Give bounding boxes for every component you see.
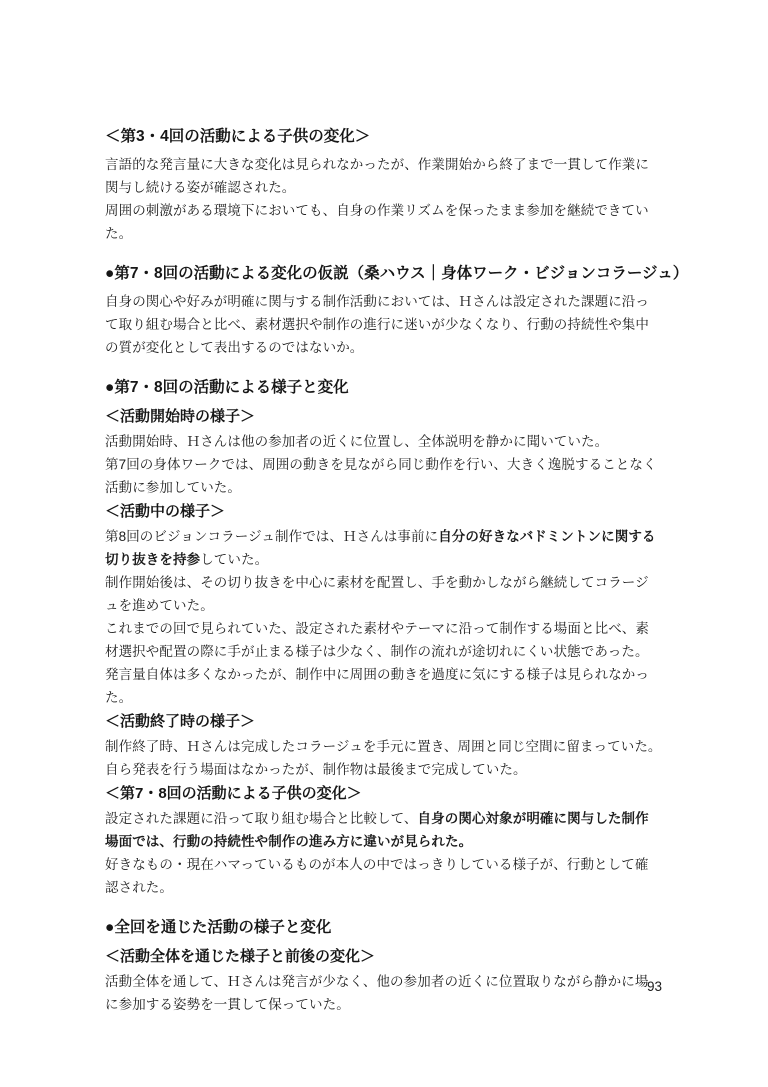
section-all-rounds-summary: ●全回を通じた活動の様子と変化 ＜活動全体を通じた様子と前後の変化＞ 活動全体を…	[105, 915, 662, 1016]
paragraph: 周囲の刺激がある環境下においても、自身の作業リズムを保ったまま参加を継続できてい…	[105, 199, 662, 245]
paragraph: 自身の関心や好みが明確に関与する制作活動においては、Ｈさんは設定された課題に沿っ…	[105, 290, 662, 359]
paragraph: これまでの回で見られていた、設定された素材やテーマに沿って制作する場面と比べ、素…	[105, 617, 662, 663]
section-heading: ●全回を通じた活動の様子と変化	[105, 915, 662, 941]
paragraph: 制作開始後は、その切り抜きを中心に素材を配置し、手を動かしながら継続してコラージ…	[105, 571, 662, 617]
subsection-heading-activity-end: ＜活動終了時の様子＞	[105, 709, 662, 735]
paragraph: 発言量自体は多くなかったが、制作中に周囲の動きを過度に気にする様子は見られなかっ…	[105, 663, 662, 709]
text-run: 設定された課題に沿って取り組む場合と比較して、	[105, 811, 418, 826]
paragraph: 制作終了時、Ｈさんは完成したコラージュを手元に置き、周囲と同じ空間に留まっていた…	[105, 735, 662, 758]
subsection-heading-overall-change: ＜活動全体を通じた様子と前後の変化＞	[105, 944, 662, 970]
section-heading: ＜第3・4回の活動による子供の変化＞	[105, 124, 662, 150]
document-page: ＜第3・4回の活動による子供の変化＞ 言語的な発言量に大きな変化は見られなかった…	[0, 0, 768, 1087]
section-heading: ●第7・8回の活動による様子と変化	[105, 375, 662, 401]
paragraph: 第8回のビジョンコラージュ制作では、Ｈさんは事前に自分の好きなバドミントンに関す…	[105, 525, 662, 571]
paragraph: 活動開始時、Ｈさんは他の参加者の近くに位置し、全体説明を静かに聞いていた。	[105, 430, 662, 453]
section-heading: ●第7・8回の活動による変化の仮説（桑ハウス｜身体ワーク・ビジョンコラージュ）	[105, 261, 662, 287]
text-run: していた。	[200, 552, 268, 567]
text-run: 第8回のビジョンコラージュ制作では、Ｈさんは事前に	[105, 529, 438, 544]
subsection-heading-activity-during: ＜活動中の様子＞	[105, 499, 662, 525]
section-round78-hypothesis: ●第7・8回の活動による変化の仮説（桑ハウス｜身体ワーク・ビジョンコラージュ） …	[105, 261, 662, 359]
subsection-heading-child-change: ＜第7・8回の活動による子供の変化＞	[105, 781, 662, 807]
paragraph: 好きなもの・現在ハマっているものが本人の中ではっきりしている様子が、行動として確…	[105, 853, 662, 899]
paragraph: 言語的な発言量に大きな変化は見られなかったが、作業開始から終了まで一貫して作業に…	[105, 153, 662, 199]
subsection-heading-activity-start: ＜活動開始時の様子＞	[105, 404, 662, 430]
content-area: ＜第3・4回の活動による子供の変化＞ 言語的な発言量に大きな変化は見られなかった…	[105, 124, 662, 1016]
section-round78-observation: ●第7・8回の活動による様子と変化 ＜活動開始時の様子＞ 活動開始時、Ｈさんは他…	[105, 375, 662, 899]
paragraph: 第7回の身体ワークでは、周囲の動きを見ながら同じ動作を行い、大きく逸脱することな…	[105, 453, 662, 499]
section-round34-child-change: ＜第3・4回の活動による子供の変化＞ 言語的な発言量に大きな変化は見られなかった…	[105, 124, 662, 245]
paragraph: 自ら発表を行う場面はなかったが、制作物は最後まで完成していた。	[105, 758, 662, 781]
paragraph: 設定された課題に沿って取り組む場合と比較して、自身の関心対象が明確に関与した制作…	[105, 807, 662, 853]
page-number: 93	[105, 979, 662, 994]
